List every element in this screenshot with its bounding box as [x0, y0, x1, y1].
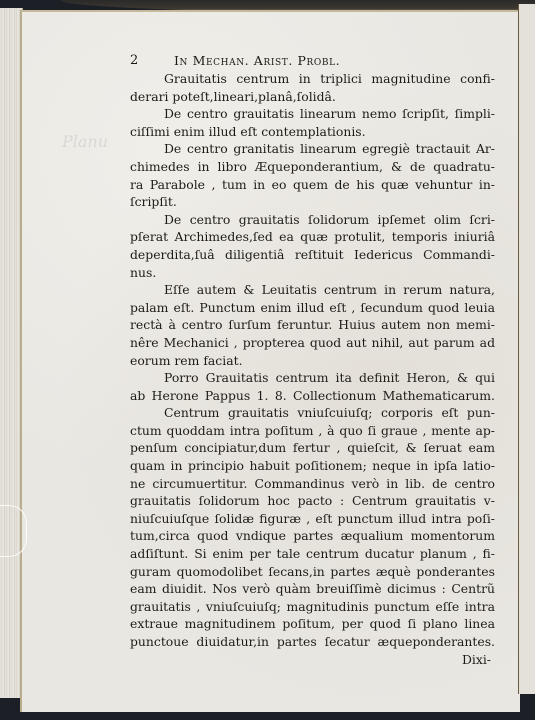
text-line: niuſcuiuſque ſolidæ figuræ , eſt punctum… [130, 510, 495, 528]
text-line: punctoue diuidatur,in partes ſecatur æqu… [130, 633, 495, 651]
text-line: Grauitatis centrum in triplici magnitudi… [130, 70, 495, 88]
text-line: rectà à centro ſurſum feruntur. Huius au… [130, 316, 495, 334]
text-line: tum,circa quod vndique partes æqualium m… [130, 527, 495, 545]
text-line: De centro grauitatis ſolidorum ipſemet o… [130, 211, 495, 229]
running-head-title: In Mechan. Arist. Probl. [174, 52, 340, 70]
page-number: 2 [130, 52, 138, 70]
text-line: palam eſt. Punctum enim illud eſt , ſecu… [130, 299, 495, 317]
text-line: ſcripſit. [130, 193, 495, 211]
page-text: 2 In Mechan. Arist. Probl. Grauitatis ce… [130, 52, 495, 668]
text-line: ctum quoddam intra poſitum , à quo ſi gr… [130, 422, 495, 440]
catchword: Dixi- [130, 651, 495, 669]
text-line: Eſſe autem & Leuitatis centrum in rerum … [130, 281, 495, 299]
text-line: De centro grauitatis linearum nemo ſcrip… [130, 105, 495, 123]
text-line: ciſſimi enim illud eſt contemplationis. [130, 123, 495, 141]
text-line: penſum concipiatur,dum fertur , quieſcit… [130, 439, 495, 457]
paragraph-3: De centro granitatis linearum egregiè tr… [130, 140, 495, 210]
text-line: Porro Grauitatis centrum ita definit Her… [130, 369, 495, 387]
paragraph-7: Centrum grauitatis vniuſcuiuſq; corporis… [130, 404, 495, 650]
paragraph-4: De centro grauitatis ſolidorum ipſemet o… [130, 211, 495, 281]
text-line: guram quomodolibet ſecans,in partes æquè… [130, 563, 495, 581]
text-line: grauitatis , vniuſcuiuſq; magnitudinis p… [130, 598, 495, 616]
text-line: derari poteſt,lineari,planâ,ſolidâ. [130, 88, 495, 106]
text-line: extraue magnitudinem poſitum, per quod ſ… [130, 615, 495, 633]
text-line: eam diuidit. Nos verò quàm breuiſſimè di… [130, 580, 495, 598]
running-head: 2 In Mechan. Arist. Probl. [130, 52, 495, 68]
show-through-ink: Planu [62, 132, 108, 151]
paragraph-6: Porro Grauitatis centrum ita definit Her… [130, 369, 495, 404]
text-line: Centrum grauitatis vniuſcuiuſq; corporis… [130, 404, 495, 422]
book-scan: Planu 2 In Mechan. Arist. Probl. Grauita… [0, 0, 535, 720]
text-line: adſiſtunt. Si enim per tale centrum duca… [130, 545, 495, 563]
text-line: nêre Mechanici , propterea quod aut nihi… [130, 334, 495, 352]
text-line: chimedes in libro Æqueponderantium, & de… [130, 158, 495, 176]
paragraph-1: Grauitatis centrum in triplici magnitudi… [130, 70, 495, 105]
text-line: pſerat Archimedes,ſed ea quæ protulit, t… [130, 228, 495, 246]
text-line: ra Parabole , tum in eo quem de his quæ … [130, 176, 495, 194]
paragraph-5: Eſſe autem & Leuitatis centrum in rerum … [130, 281, 495, 369]
text-line: quam in principio habuit poſitionem; neq… [130, 457, 495, 475]
text-line: ab Herone Pappus 1. 8. Collectionum Math… [130, 387, 495, 405]
text-line: nus. [130, 264, 495, 282]
text-line: eorum rem faciat. [130, 352, 495, 370]
text-line: ne circumuertitur. Commandinus verò in l… [130, 475, 495, 493]
page-clip [0, 505, 27, 557]
paragraph-2: De centro grauitatis linearum nemo ſcrip… [130, 105, 495, 140]
text-line: deperdita,ſuâ diligentiâ reſtituit Ieder… [130, 246, 495, 264]
text-line: De centro granitatis linearum egregiè tr… [130, 140, 495, 158]
text-line: grauitatis ſolidorum hoc pacto : Centrum… [130, 492, 495, 510]
facing-page-edge [518, 4, 535, 694]
